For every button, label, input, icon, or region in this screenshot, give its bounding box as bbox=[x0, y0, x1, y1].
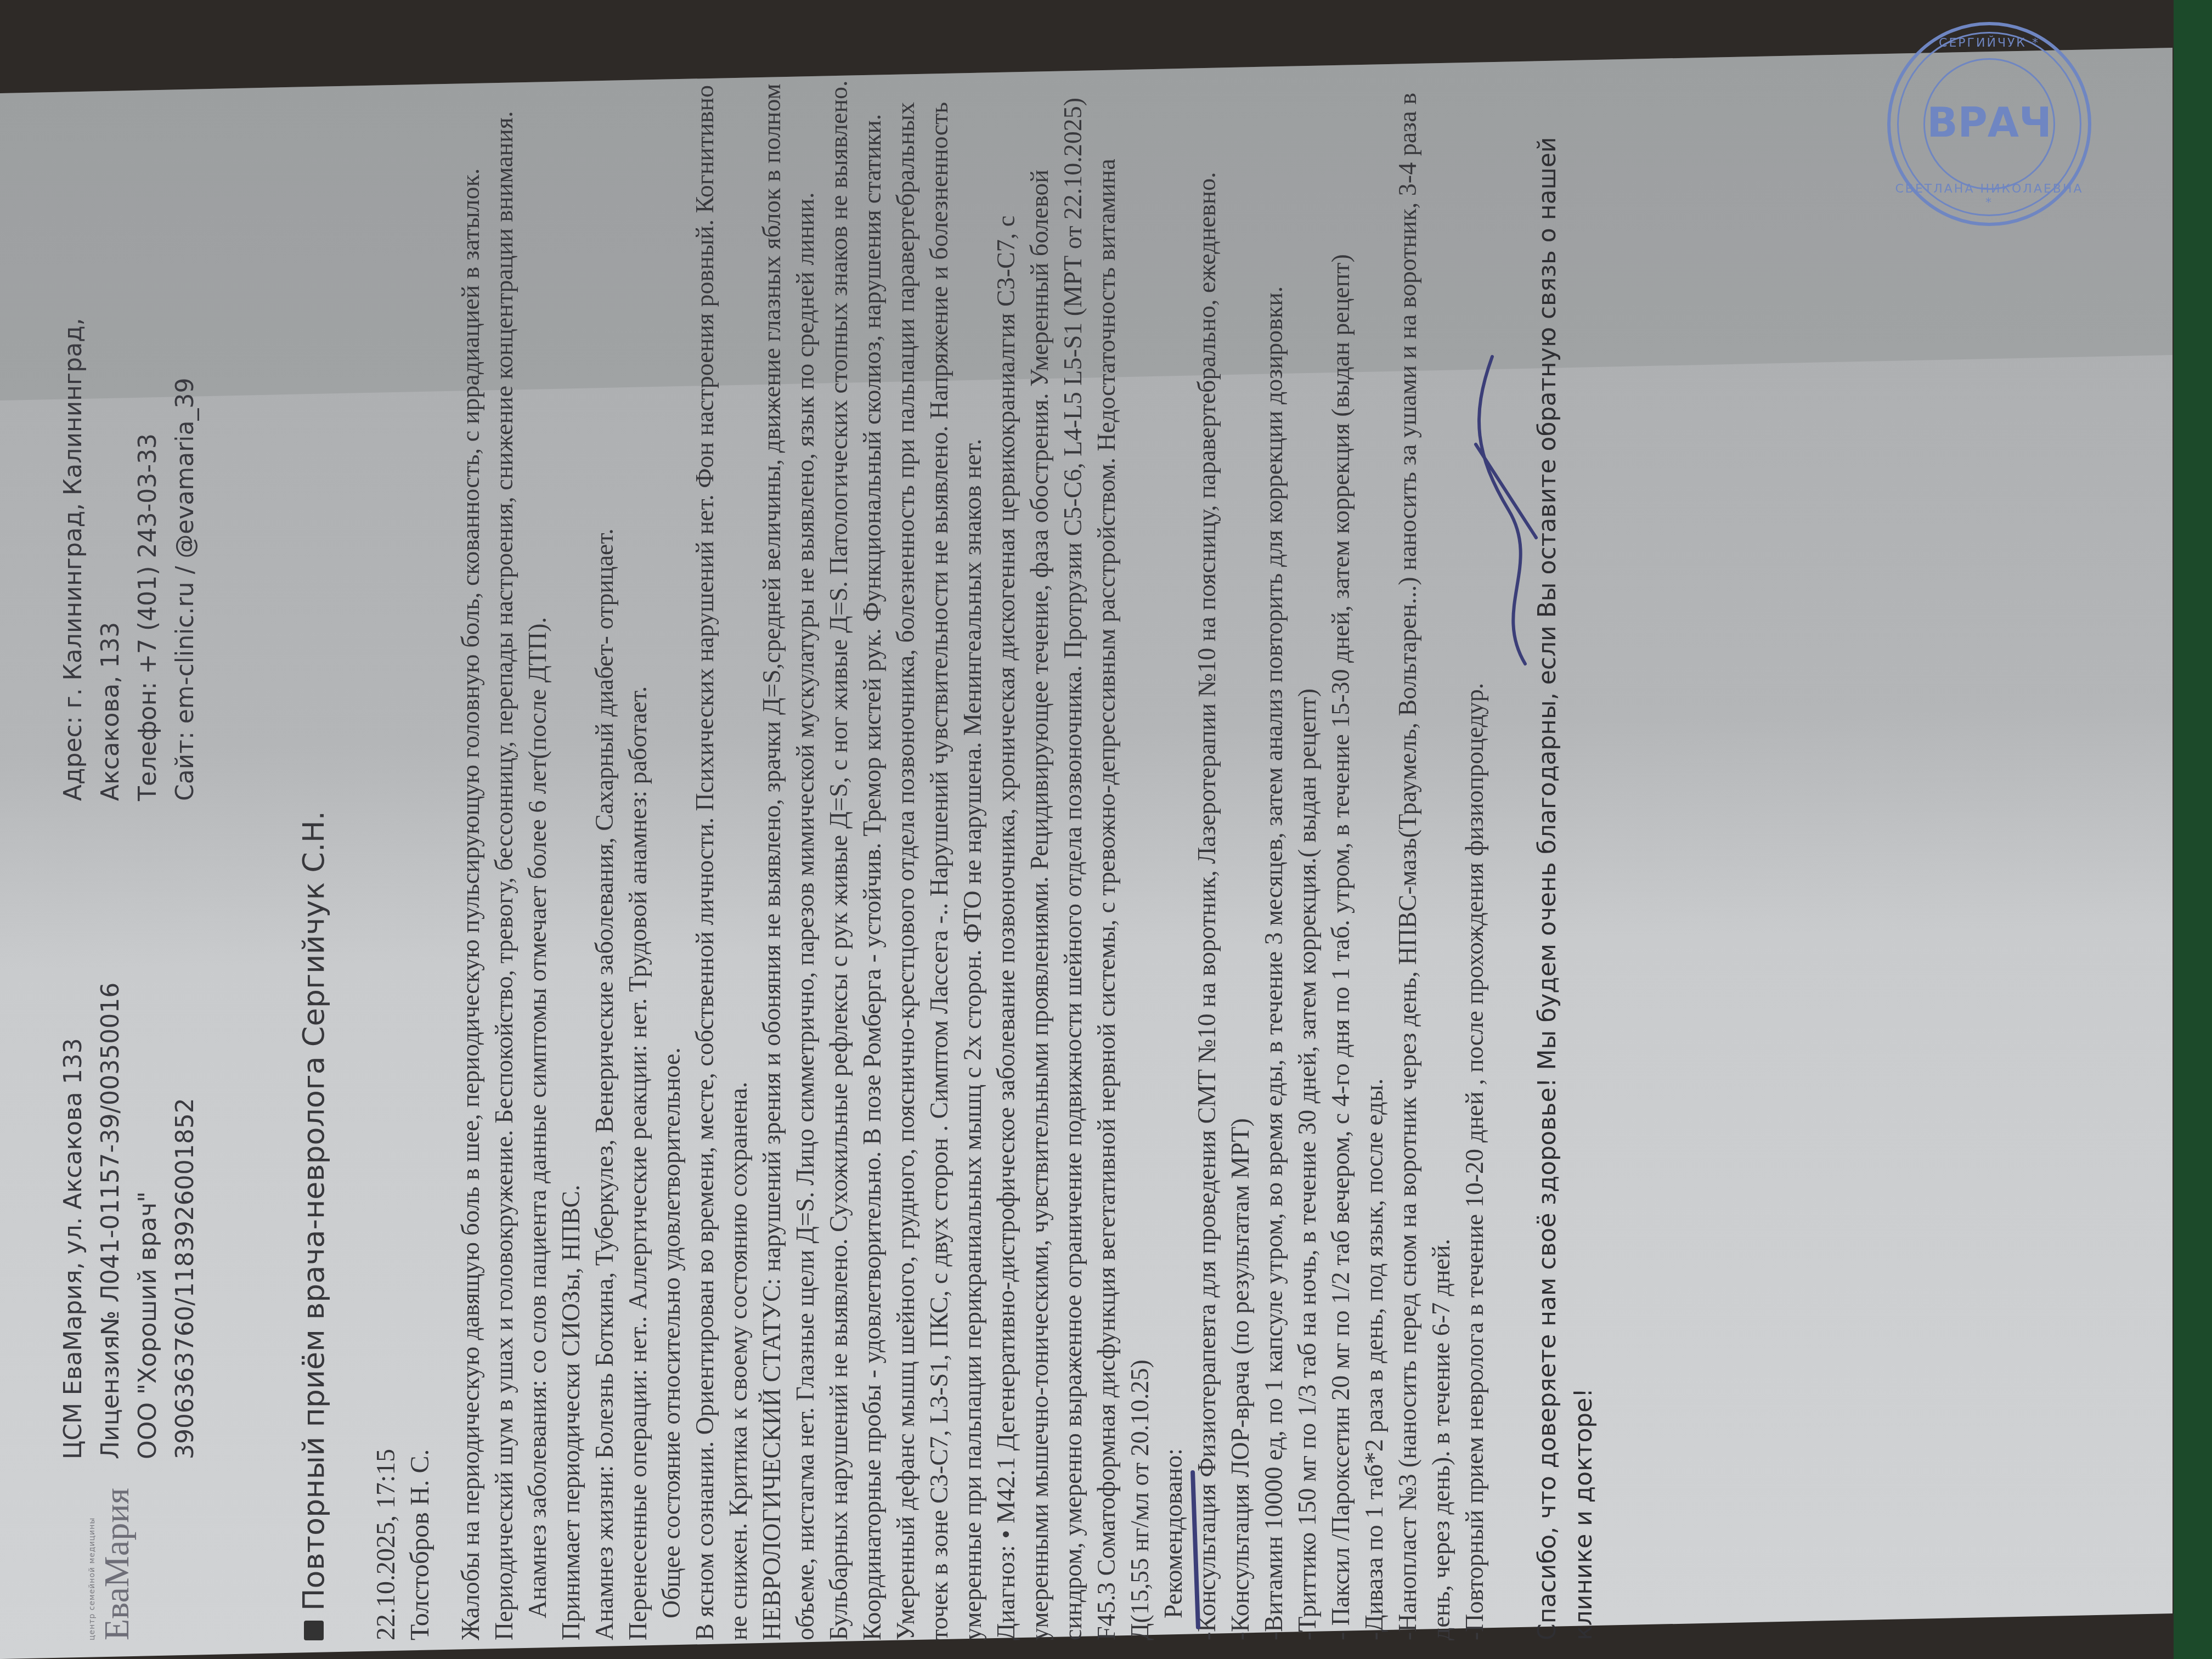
operations-allergies: Перенесенные операции: нет.. Аллергическ… bbox=[621, 77, 654, 1640]
medications: Принимает периодически СИОЗы, НПВС. bbox=[554, 77, 588, 1640]
phone-line: Телефон: +7 (401) 243-03-33 bbox=[129, 318, 167, 801]
doctor-stamp: СЕРГИЙЧУК * ВРАЧ СВЕТЛАНА НИКОЛАЕВНА * bbox=[1887, 22, 2091, 226]
contact-info: Адрес: г. Калининград, Калининград, Акса… bbox=[55, 318, 204, 801]
org-line: ООО "Хороший врач" bbox=[129, 983, 167, 1459]
report-body: Жалобы на периодическую давящую боль в ш… bbox=[454, 77, 1491, 1640]
recommendations-title: Рекомендовано: bbox=[1159, 1448, 1187, 1618]
recommendation-item: -Диваза по 1 таб*2 раза в день, под язык… bbox=[1357, 77, 1391, 1640]
recommendation-item: -Витамин 10000 ед, по 1 капсуле утром, в… bbox=[1257, 77, 1290, 1640]
org-line: 3906363760/1183926001852 bbox=[167, 983, 204, 1459]
visit-datetime: 22.10.2025, 17:15 bbox=[369, 77, 403, 1640]
clinic-header: центр семейной медицины ЕваМария ЦСМ Ева… bbox=[55, 77, 285, 1640]
thank-you-note: Спасибо, что доверяете нам своё здоровье… bbox=[1530, 77, 1602, 1640]
website-line: Сайт: em-clinic.ru / @evamaria_39 bbox=[167, 318, 204, 801]
clinic-logo: центр семейной медицины ЕваМария bbox=[88, 1476, 137, 1640]
org-info: ЦСМ ЕваМария, ул. Аксакова 133 Лицензия№… bbox=[55, 983, 204, 1459]
diagnosis-secondary: F45.3 Соматоформная дисфункция вегетатив… bbox=[1090, 77, 1156, 1640]
visit-meta: 22.10.2025, 17:15 Толстобров Н. С. bbox=[369, 77, 437, 1640]
recommendation-item: -Повторный прием невролога в течение 10-… bbox=[1458, 77, 1491, 1640]
recommendations-heading: Рекомендовано: bbox=[1156, 77, 1190, 1640]
recommendation-item: -Нанопласт №3 (наносить перед сном на во… bbox=[1391, 77, 1458, 1640]
complaints: Жалобы на периодическую давящую боль в ш… bbox=[454, 77, 521, 1640]
logo-tagline: центр семейной медицины bbox=[88, 1476, 97, 1640]
document-title: Повторный приём врача-невролога Сергийчу… bbox=[296, 77, 331, 1640]
org-line: Лицензия№ Л041-01157-39/00350016 bbox=[92, 983, 129, 1459]
org-line: ЦСМ ЕваМария, ул. Аксакова 133 bbox=[55, 983, 92, 1459]
general-condition: Общее состояние относительно удовлетвори… bbox=[654, 77, 688, 1640]
background-green-surface bbox=[2174, 0, 2212, 1659]
mental-status: В ясном сознании. Ориентирован во времен… bbox=[688, 77, 755, 1640]
recommendation-item: -Консультация ЛОР-врача (по результатам … bbox=[1223, 77, 1257, 1640]
address-line-2: Аксакова, 133 bbox=[92, 318, 129, 801]
patient-name: Толстобров Н. С. bbox=[403, 77, 437, 1640]
stamp-center-text: ВРАЧ bbox=[1891, 99, 2088, 146]
doctor-signature bbox=[1459, 346, 1547, 675]
logo-name: ЕваМария bbox=[97, 1476, 137, 1640]
stamp-ring-bottom: СВЕТЛАНА НИКОЛАЕВНА * bbox=[1891, 182, 2088, 210]
diagnosis-primary: Диагноз: • М42.1 Дегенеративно-дистрофич… bbox=[989, 77, 1090, 1640]
stamp-ring-top: СЕРГИЙЧУК * bbox=[1891, 36, 2088, 50]
medical-report: центр семейной медицины ЕваМария ЦСМ Ева… bbox=[55, 77, 2167, 1640]
recommendation-item: -Триттико 150 мг по 1/3 таб на ночь, в т… bbox=[1290, 77, 1324, 1640]
recommendation-item: -Консультация Физиотерапевта для проведе… bbox=[1190, 77, 1223, 1640]
bullet-square-icon bbox=[304, 1621, 324, 1640]
life-history: Анамнез жизни: Болезнь Боткина, Туберкул… bbox=[588, 77, 621, 1640]
neurological-status: НЕВРОЛОГИЧЕСКИЙ СТАТУС: нарушений зрения… bbox=[755, 77, 989, 1640]
address-line: Адрес: г. Калининград, Калининград, bbox=[55, 318, 92, 801]
disease-history: Анамнез заболевания: со слов пациента да… bbox=[521, 77, 554, 1640]
recommendation-item: - Паксил /Пароксетин 20 мг по 1/2 таб ве… bbox=[1324, 77, 1357, 1640]
title-text: Повторный приём врача-невролога Сергийчу… bbox=[296, 811, 331, 1611]
